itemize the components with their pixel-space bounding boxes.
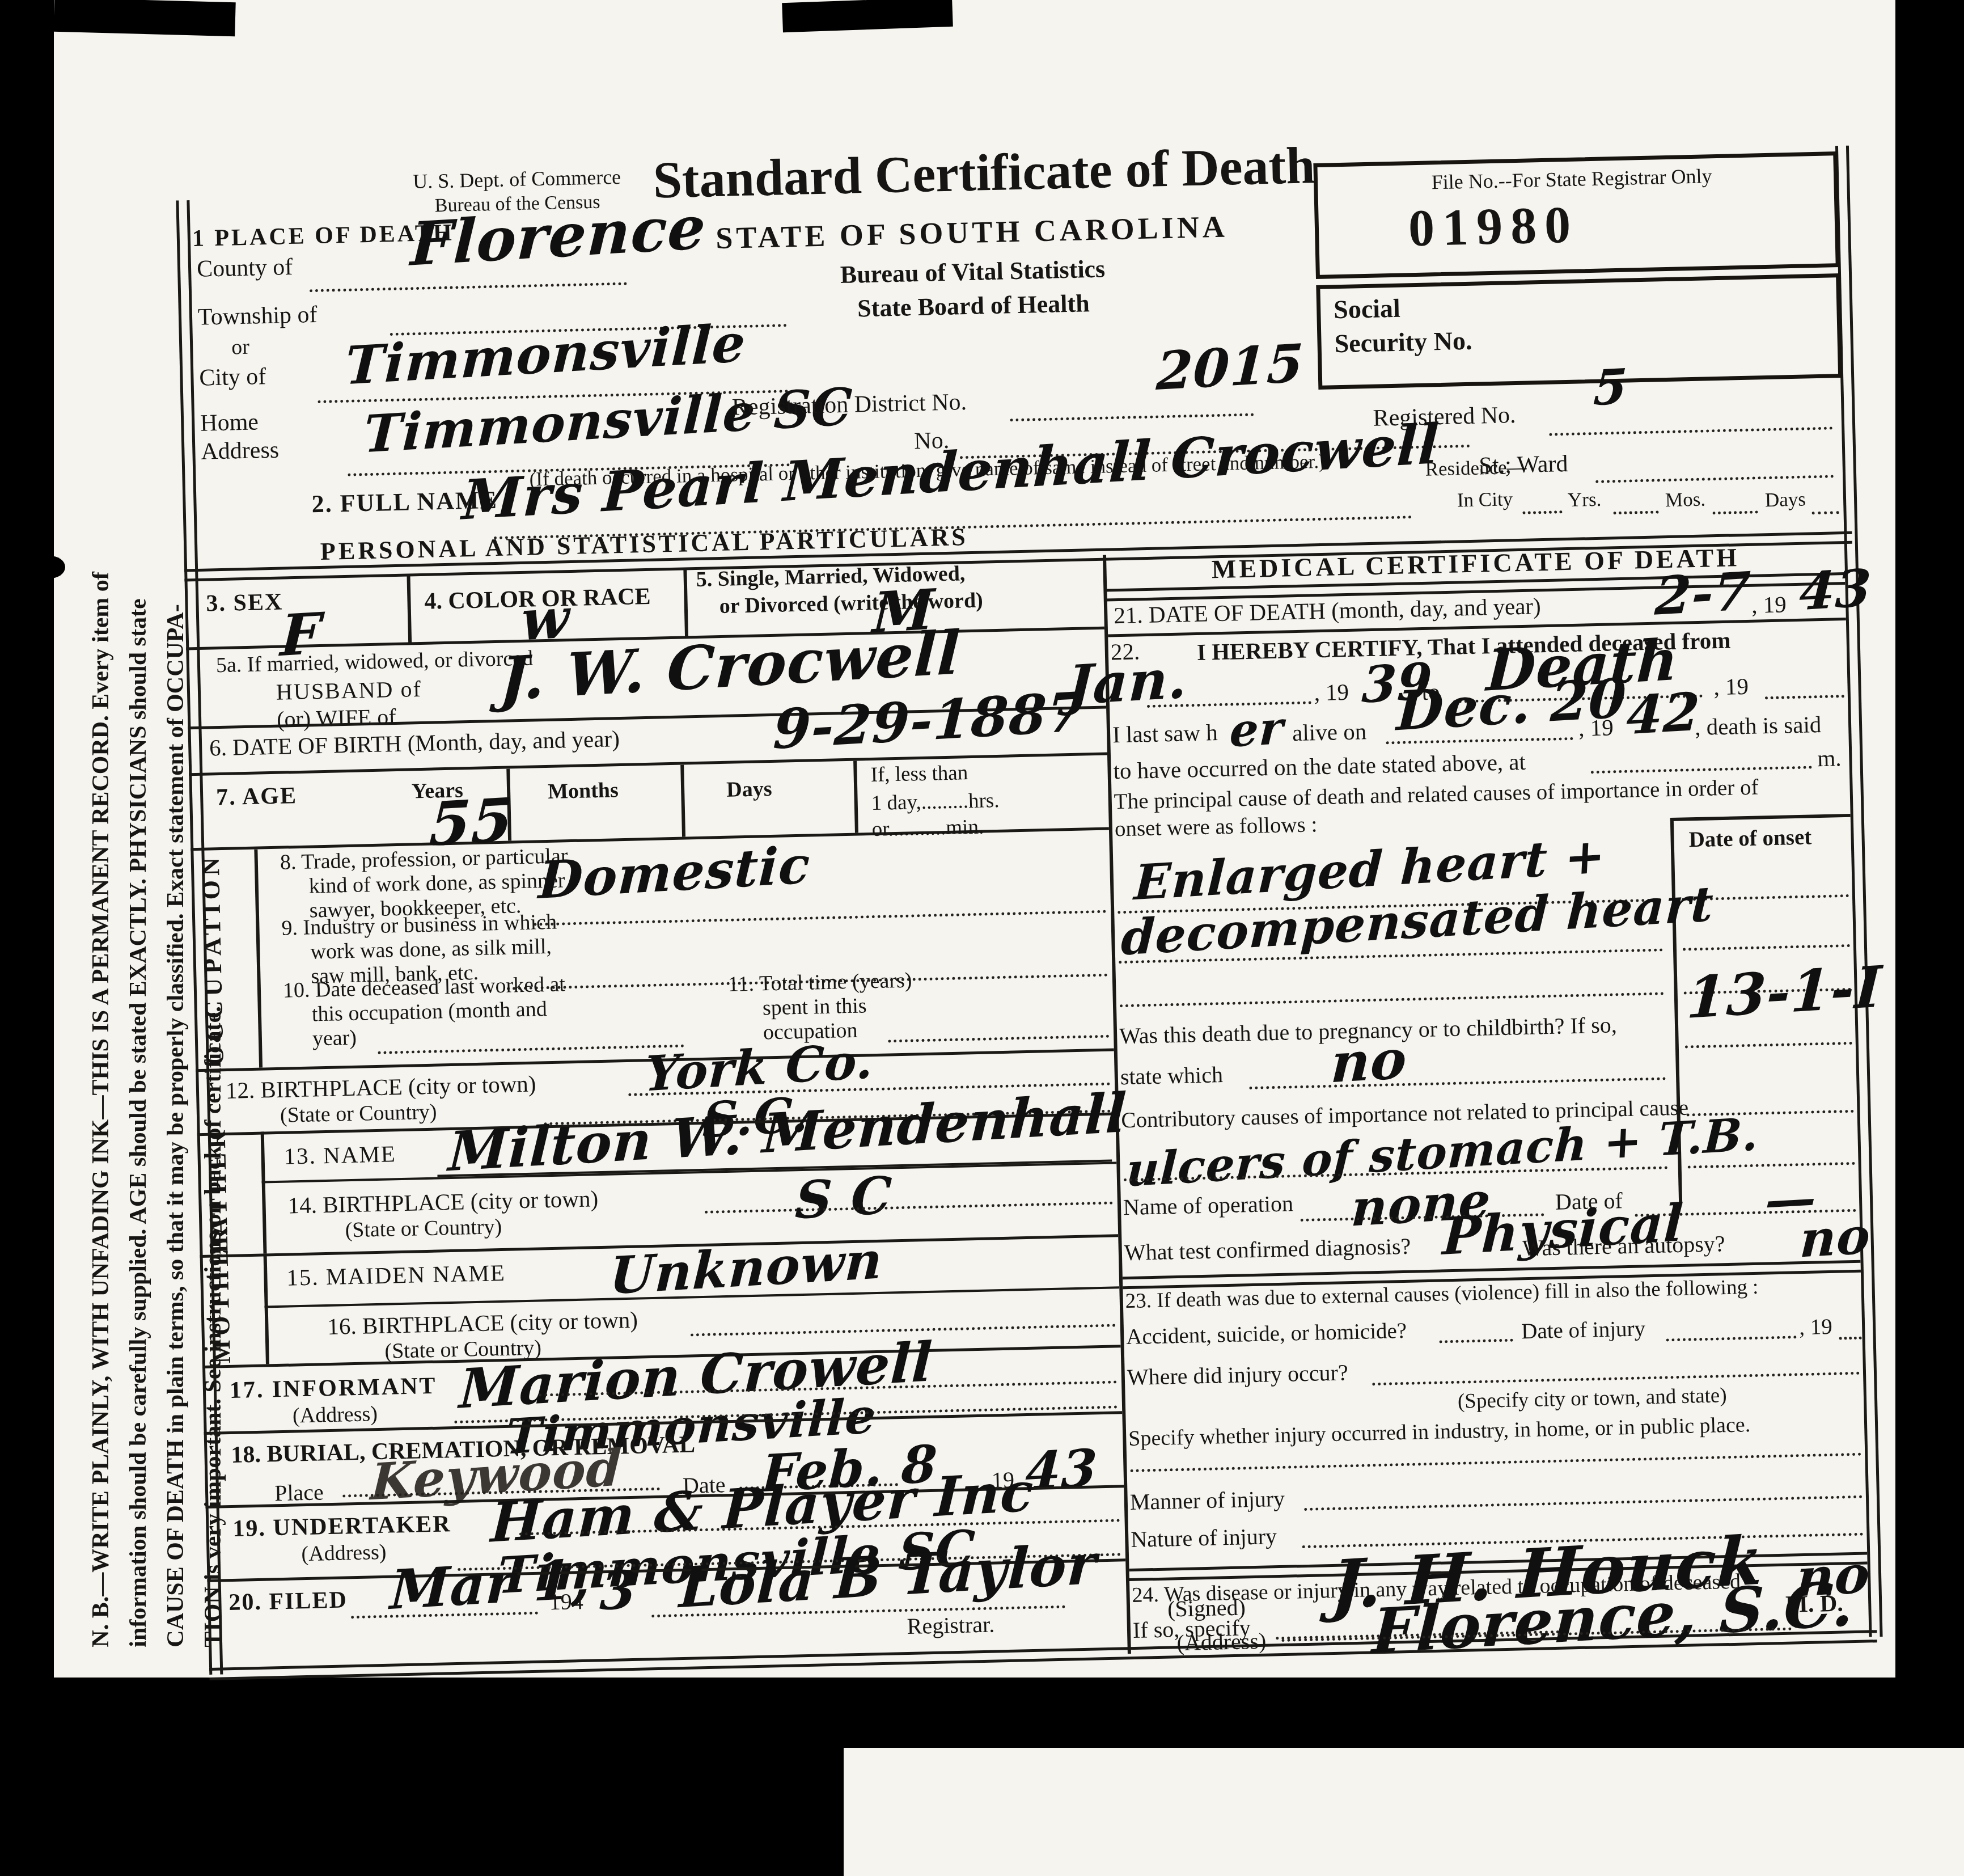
f19-address-label: (Address) [301, 1541, 387, 1566]
occupation-cell-divider [254, 850, 263, 1068]
dob-label: 6. DATE OF BIRTH (Month, day, and year) [209, 726, 620, 760]
registrar-label: Registrar. [907, 1612, 994, 1638]
f15-label: 15. MAIDEN NAME [286, 1261, 506, 1290]
dotted-line [1522, 510, 1562, 514]
f13-label: 13. NAME [283, 1142, 396, 1169]
dotted-line [1010, 413, 1254, 422]
f19-label: 19. UNDERTAKER [232, 1511, 451, 1541]
onset-box-top [1670, 814, 1851, 821]
cell-divider [853, 761, 858, 833]
lastsaw-her: er [1229, 705, 1285, 754]
city-label: City of [199, 364, 266, 391]
cell-divider [680, 765, 685, 837]
in-city-label: In City [1457, 489, 1513, 511]
attended-from-value: Jan. [1066, 652, 1189, 713]
f11-label-2: spent in this [762, 995, 867, 1020]
alive-on-label: alive on [1292, 719, 1367, 745]
board-line: State Board of Health [656, 286, 1292, 327]
occurred-label: to have occurred on the date stated abov… [1113, 750, 1526, 784]
lastsaw-19: , 19 [1578, 715, 1614, 740]
nature-label: Nature of injury [1131, 1524, 1277, 1552]
county-label: County of [197, 255, 293, 282]
lessthan-label-1: If, less than [870, 762, 968, 787]
autopsy-value: no [1799, 1210, 1872, 1265]
dotted-line [1613, 510, 1658, 514]
f10-label-2: this occupation (month and [312, 998, 548, 1026]
f21-19: , 19 [1751, 592, 1787, 617]
scanned-death-certificate: N. B.—WRITE PLAINLY, WITH UNFADING INK—T… [0, 0, 1964, 1876]
reg-district-value: 2015 [1155, 337, 1305, 398]
dotted-line [1591, 766, 1812, 774]
scan-paper-bottom-strip [844, 1748, 1964, 1876]
f20-label: 20. FILED [228, 1587, 348, 1615]
f8-label-2: kind of work done, as spinner [308, 869, 565, 898]
dotted-line [378, 1045, 684, 1054]
days-label: Days [1765, 489, 1806, 511]
ink-speck [23, 1043, 45, 1060]
sex-label: 3. SEX [206, 590, 283, 616]
father-cell-divider [261, 1131, 267, 1253]
to-19: , 19 [1713, 674, 1749, 699]
f5a-label-3: (or) WIFE of [277, 705, 396, 732]
days-col-label: Days [726, 778, 772, 802]
pregnancy-value: no [1330, 1032, 1408, 1091]
operation-label: Name of operation [1123, 1191, 1294, 1219]
dotted-line [310, 282, 627, 293]
certificate-title: Standard Certificate of Death [653, 138, 1289, 208]
address-label: Address [201, 438, 280, 464]
f12-label-1: 12. BIRTHPLACE (city or town) [226, 1072, 536, 1103]
city-value: Timmonsville [344, 316, 747, 392]
lessthan-label-3: or...........min. [871, 817, 984, 841]
dotted-line [1372, 1372, 1860, 1386]
principal-cause-1: The principal cause of death and related… [1114, 776, 1759, 814]
dotted-line [705, 1202, 1113, 1214]
f15-value: Unknown [609, 1235, 884, 1302]
m-label: m. [1817, 746, 1842, 771]
specify-city-label: (Specify city or town, and state) [1458, 1385, 1727, 1413]
accident-label: Accident, suicide, or homicide? [1126, 1320, 1407, 1349]
mos-label: Mos. [1665, 489, 1706, 511]
f16-label-1: 16. BIRTHPLACE (city or town) [327, 1308, 638, 1339]
place-label: Place [274, 1480, 324, 1505]
f5a-label-2: HUSBAND of [276, 677, 422, 704]
injury-date-label: Date of injury [1521, 1317, 1646, 1343]
dotted-line [1839, 1337, 1862, 1340]
f14-label-1: 14. BIRTHPLACE (city or town) [287, 1186, 598, 1218]
dotted-line [1595, 475, 1834, 483]
dotted-line [888, 1035, 1109, 1043]
dotted-line [1131, 1453, 1862, 1472]
lessthan-label-2: 1 day,.........hrs. [871, 790, 1000, 815]
onset-value: 13-1-I [1686, 958, 1883, 1026]
where-injury-label: Where did injury occur? [1127, 1360, 1348, 1389]
f20-year-printed: 194 [549, 1590, 583, 1614]
home-label: Home [200, 409, 259, 436]
margin-line: information should be carefully supplied… [120, 139, 157, 1647]
bureau-line: Bureau of Vital Statistics [655, 252, 1290, 293]
reg-district-label: Registration District No. [731, 390, 967, 420]
dotted-line [1549, 426, 1832, 436]
dotted-line [1304, 1495, 1863, 1511]
lastsaw-year-value: 42 [1625, 685, 1701, 742]
dept-line1: U. S. Dept. of Commerce [369, 166, 664, 194]
dotted-line [1249, 1077, 1666, 1089]
lastsaw-pre: I last saw h [1112, 720, 1218, 747]
months-label: Months [548, 779, 619, 804]
mother-cell-divider [264, 1253, 269, 1364]
f9-label-2: work was done, as silk mill, [310, 936, 552, 964]
onset-label: Date of onset [1688, 826, 1811, 852]
township-label: Township of [198, 302, 318, 330]
dotted-line [1120, 992, 1664, 1007]
residence-label: Residence— [1425, 457, 1527, 480]
f11-label-1: 11. Total time (years) [728, 970, 912, 996]
age-label: 7. AGE [216, 783, 298, 810]
injury-19: , 19 [1799, 1316, 1832, 1340]
f10-label-3: year) [312, 1027, 357, 1051]
pregnancy-question-2: state which [1120, 1063, 1223, 1089]
f14-label-2: (State or Country) [345, 1216, 502, 1242]
state-line: STATE OF SOUTH CAROLINA [654, 209, 1290, 256]
dotted-line [1713, 510, 1758, 514]
dotted-line [1685, 1042, 1852, 1049]
cell-divider [683, 568, 688, 637]
mother-vertical-label: MOTHER [207, 1256, 235, 1364]
marital-label-2: or Divorced (write the word) [719, 589, 983, 618]
cell-divider [407, 574, 412, 643]
home-address-value: Timmonsville SC [363, 381, 854, 460]
autopsy-label: Was there an autopsy? [1522, 1232, 1725, 1260]
specify-whether-label: Specify whether injury occurred in indus… [1128, 1414, 1751, 1451]
dotted-line [1812, 511, 1839, 514]
signed-label: (Signed) [1167, 1595, 1246, 1621]
f14-value: S C [794, 1169, 894, 1226]
physician-address-label: (Address) [1176, 1629, 1267, 1655]
principal-cause-2: onset were as follows : [1114, 813, 1317, 841]
f12-label-2: (State or Country) [280, 1101, 437, 1127]
certificate-form: N. B.—WRITE PLAINLY, WITH UNFADING INK—T… [170, 78, 1877, 1686]
file-no-value: 01980 [1408, 197, 1579, 256]
dotted-line [1440, 1339, 1513, 1343]
f21-year: 43 [1798, 563, 1873, 618]
margin-line: N. B.—WRITE PLAINLY, WITH UNFADING INK—T… [82, 139, 120, 1647]
yrs-label: Yrs. [1568, 489, 1602, 511]
from-19: , 19 [1314, 680, 1349, 705]
dotted-line [1666, 1336, 1797, 1341]
ink-speck [34, 556, 65, 578]
ssn-label2: Security No. [1334, 327, 1472, 358]
f21-value: 2-7 [1654, 565, 1752, 623]
test-label: What test confirmed diagnosis? [1124, 1235, 1411, 1265]
dob-value: 9-29-1887 [772, 685, 1086, 757]
dotted-line [1765, 695, 1844, 699]
registered-value: 5 [1593, 362, 1629, 413]
dotted-line [534, 910, 1106, 926]
torn-edge-mark [53, 0, 235, 36]
ssn-label1: Social [1334, 295, 1401, 324]
f17-address-label: (Address) [293, 1403, 378, 1427]
death-said-label: , death is said [1695, 712, 1822, 740]
or-label: or [231, 336, 250, 360]
f5a-label-1: 5a. If married, widowed, or divorced [216, 648, 534, 678]
occupation-vertical-label: OCCUPATION [197, 852, 228, 1067]
f20-year-value: 3 [599, 1563, 638, 1617]
f8-value: Domestic [537, 839, 811, 906]
manner-label: Manner of injury [1129, 1487, 1285, 1514]
age-value: 55 [428, 790, 515, 855]
f17-label: 17. INFORMANT [229, 1374, 437, 1403]
dotted-line [1683, 944, 1850, 951]
